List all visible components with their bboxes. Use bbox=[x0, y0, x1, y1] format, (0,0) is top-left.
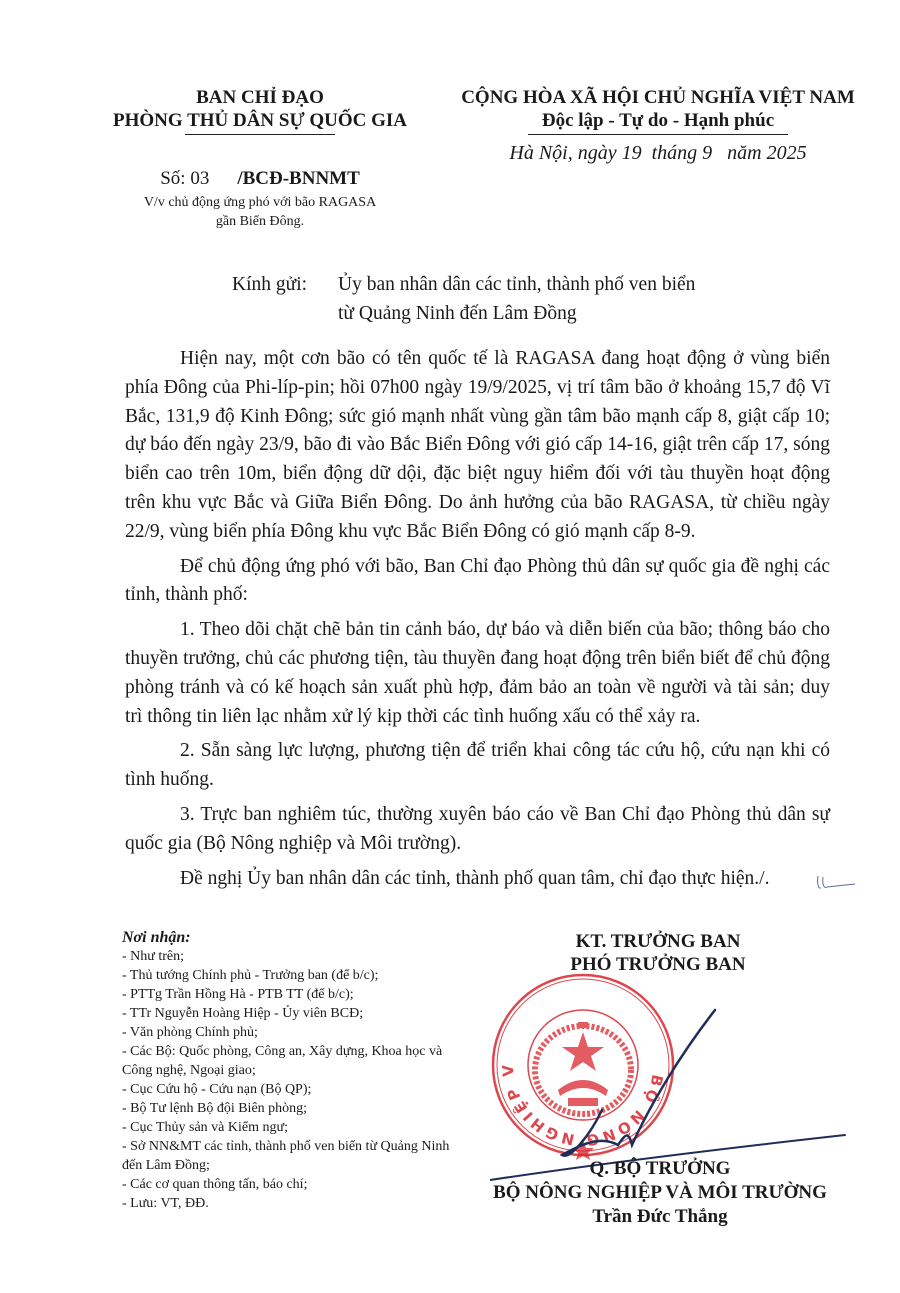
subject-line-2: gần Biển Đông. bbox=[95, 212, 425, 231]
document-number: Số: 03/BCĐ-BNNMT bbox=[95, 168, 425, 190]
agency-underline bbox=[185, 134, 335, 135]
document-number-label: Số: 03 bbox=[160, 168, 209, 190]
recipient-label: Kính gửi: bbox=[232, 270, 338, 299]
distribution-item: - Lưu: VT, ĐĐ. bbox=[122, 1194, 462, 1213]
distribution-item: - Như trên; bbox=[122, 947, 462, 966]
signatory-title-1: Q. BỘ TRƯỞNG bbox=[450, 1157, 870, 1181]
handwritten-signature bbox=[490, 985, 850, 1185]
distribution-item: - Các cơ quan thông tấn, báo chí; bbox=[122, 1175, 462, 1194]
issuing-agency: BAN CHỈ ĐẠO PHÒNG THỦ DÂN SỰ QUỐC GIA bbox=[95, 86, 425, 135]
recipient-line-2: từ Quảng Ninh đến Lâm Đồng bbox=[232, 299, 695, 328]
agency-line-2: PHÒNG THỦ DÂN SỰ QUỐC GIA bbox=[95, 109, 425, 132]
distribution-item: - Cục Cứu hộ - Cứu nạn (Bộ QP); bbox=[122, 1080, 462, 1099]
body-paragraph: 1. Theo dõi chặt chẽ bản tin cảnh báo, d… bbox=[125, 616, 830, 731]
distribution-item: - PTTg Trần Hồng Hà - PTB TT (để b/c); bbox=[122, 985, 462, 1004]
signatory-name: Trần Đức Thắng bbox=[450, 1205, 870, 1229]
distribution-item: - Bộ Tư lệnh Bộ đội Biên phòng; bbox=[122, 1099, 462, 1118]
distribution-item: - TTr Nguyễn Hoàng Hiệp - Ủy viên BCĐ; bbox=[122, 1004, 462, 1023]
signatory-title-2: BỘ NÔNG NGHIỆP VÀ MÔI TRƯỜNG bbox=[450, 1181, 870, 1205]
signatory-details: Q. BỘ TRƯỞNG BỘ NÔNG NGHIỆP VÀ MÔI TRƯỜN… bbox=[450, 1157, 870, 1229]
distribution-title: Nơi nhận: bbox=[122, 928, 462, 947]
body-paragraph: Hiện nay, một cơn bão có tên quốc tế là … bbox=[125, 345, 830, 547]
agency-line-1: BAN CHỈ ĐẠO bbox=[95, 86, 425, 109]
distribution-item: - Cục Thủy sản và Kiểm ngư; bbox=[122, 1118, 462, 1137]
document-subject: V/v chủ động ứng phó với bão RAGASA gần … bbox=[95, 193, 425, 231]
document-number-code: /BCĐ-BNNMT bbox=[237, 168, 359, 189]
body-paragraph-closing: Đề nghị Ủy ban nhân dân các tỉnh, thành … bbox=[125, 865, 830, 894]
distribution-item: - Thủ tướng Chính phủ - Trưởng ban (để b… bbox=[122, 966, 462, 985]
body-paragraph: Để chủ động ứng phó với bão, Ban Chỉ đạo… bbox=[125, 553, 830, 611]
recipient-line-1: Ủy ban nhân dân các tỉnh, thành phố ven … bbox=[338, 274, 695, 295]
distribution-item: - Văn phòng Chính phủ; bbox=[122, 1023, 462, 1042]
body-paragraph: 3. Trực ban nghiêm túc, thường xuyên báo… bbox=[125, 801, 830, 859]
document-body: Hiện nay, một cơn bão có tên quốc tế là … bbox=[125, 345, 830, 899]
distribution-list: Nơi nhận: - Như trên; - Thủ tướng Chính … bbox=[122, 928, 462, 1213]
nation-line-2: Độc lập - Tự do - Hạnh phúc bbox=[448, 109, 868, 132]
nation-line-1: CỘNG HÒA XÃ HỘI CHỦ NGHĨA VIỆT NAM bbox=[448, 86, 868, 109]
subject-line-1: V/v chủ động ứng phó với bão RAGASA bbox=[95, 193, 425, 212]
motto-underline bbox=[528, 134, 788, 135]
distribution-item: - Các Bộ: Quốc phòng, Công an, Xây dựng,… bbox=[122, 1042, 462, 1080]
national-motto: CỘNG HÒA XÃ HỘI CHỦ NGHĨA VIỆT NAM Độc l… bbox=[448, 86, 868, 135]
body-paragraph: 2. Sẵn sàng lực lượng, phương tiện để tr… bbox=[125, 737, 830, 795]
signatory-line-1: KT. TRƯỞNG BAN bbox=[458, 930, 858, 953]
document-date: Hà Nội, ngày 19 tháng 9 năm 2025 bbox=[448, 142, 868, 165]
recipient-block: Kính gửi:Ủy ban nhân dân các tỉnh, thành… bbox=[232, 270, 695, 328]
initial-mark bbox=[815, 873, 860, 893]
distribution-item: - Sở NN&MT các tỉnh, thành phố ven biển … bbox=[122, 1137, 462, 1175]
